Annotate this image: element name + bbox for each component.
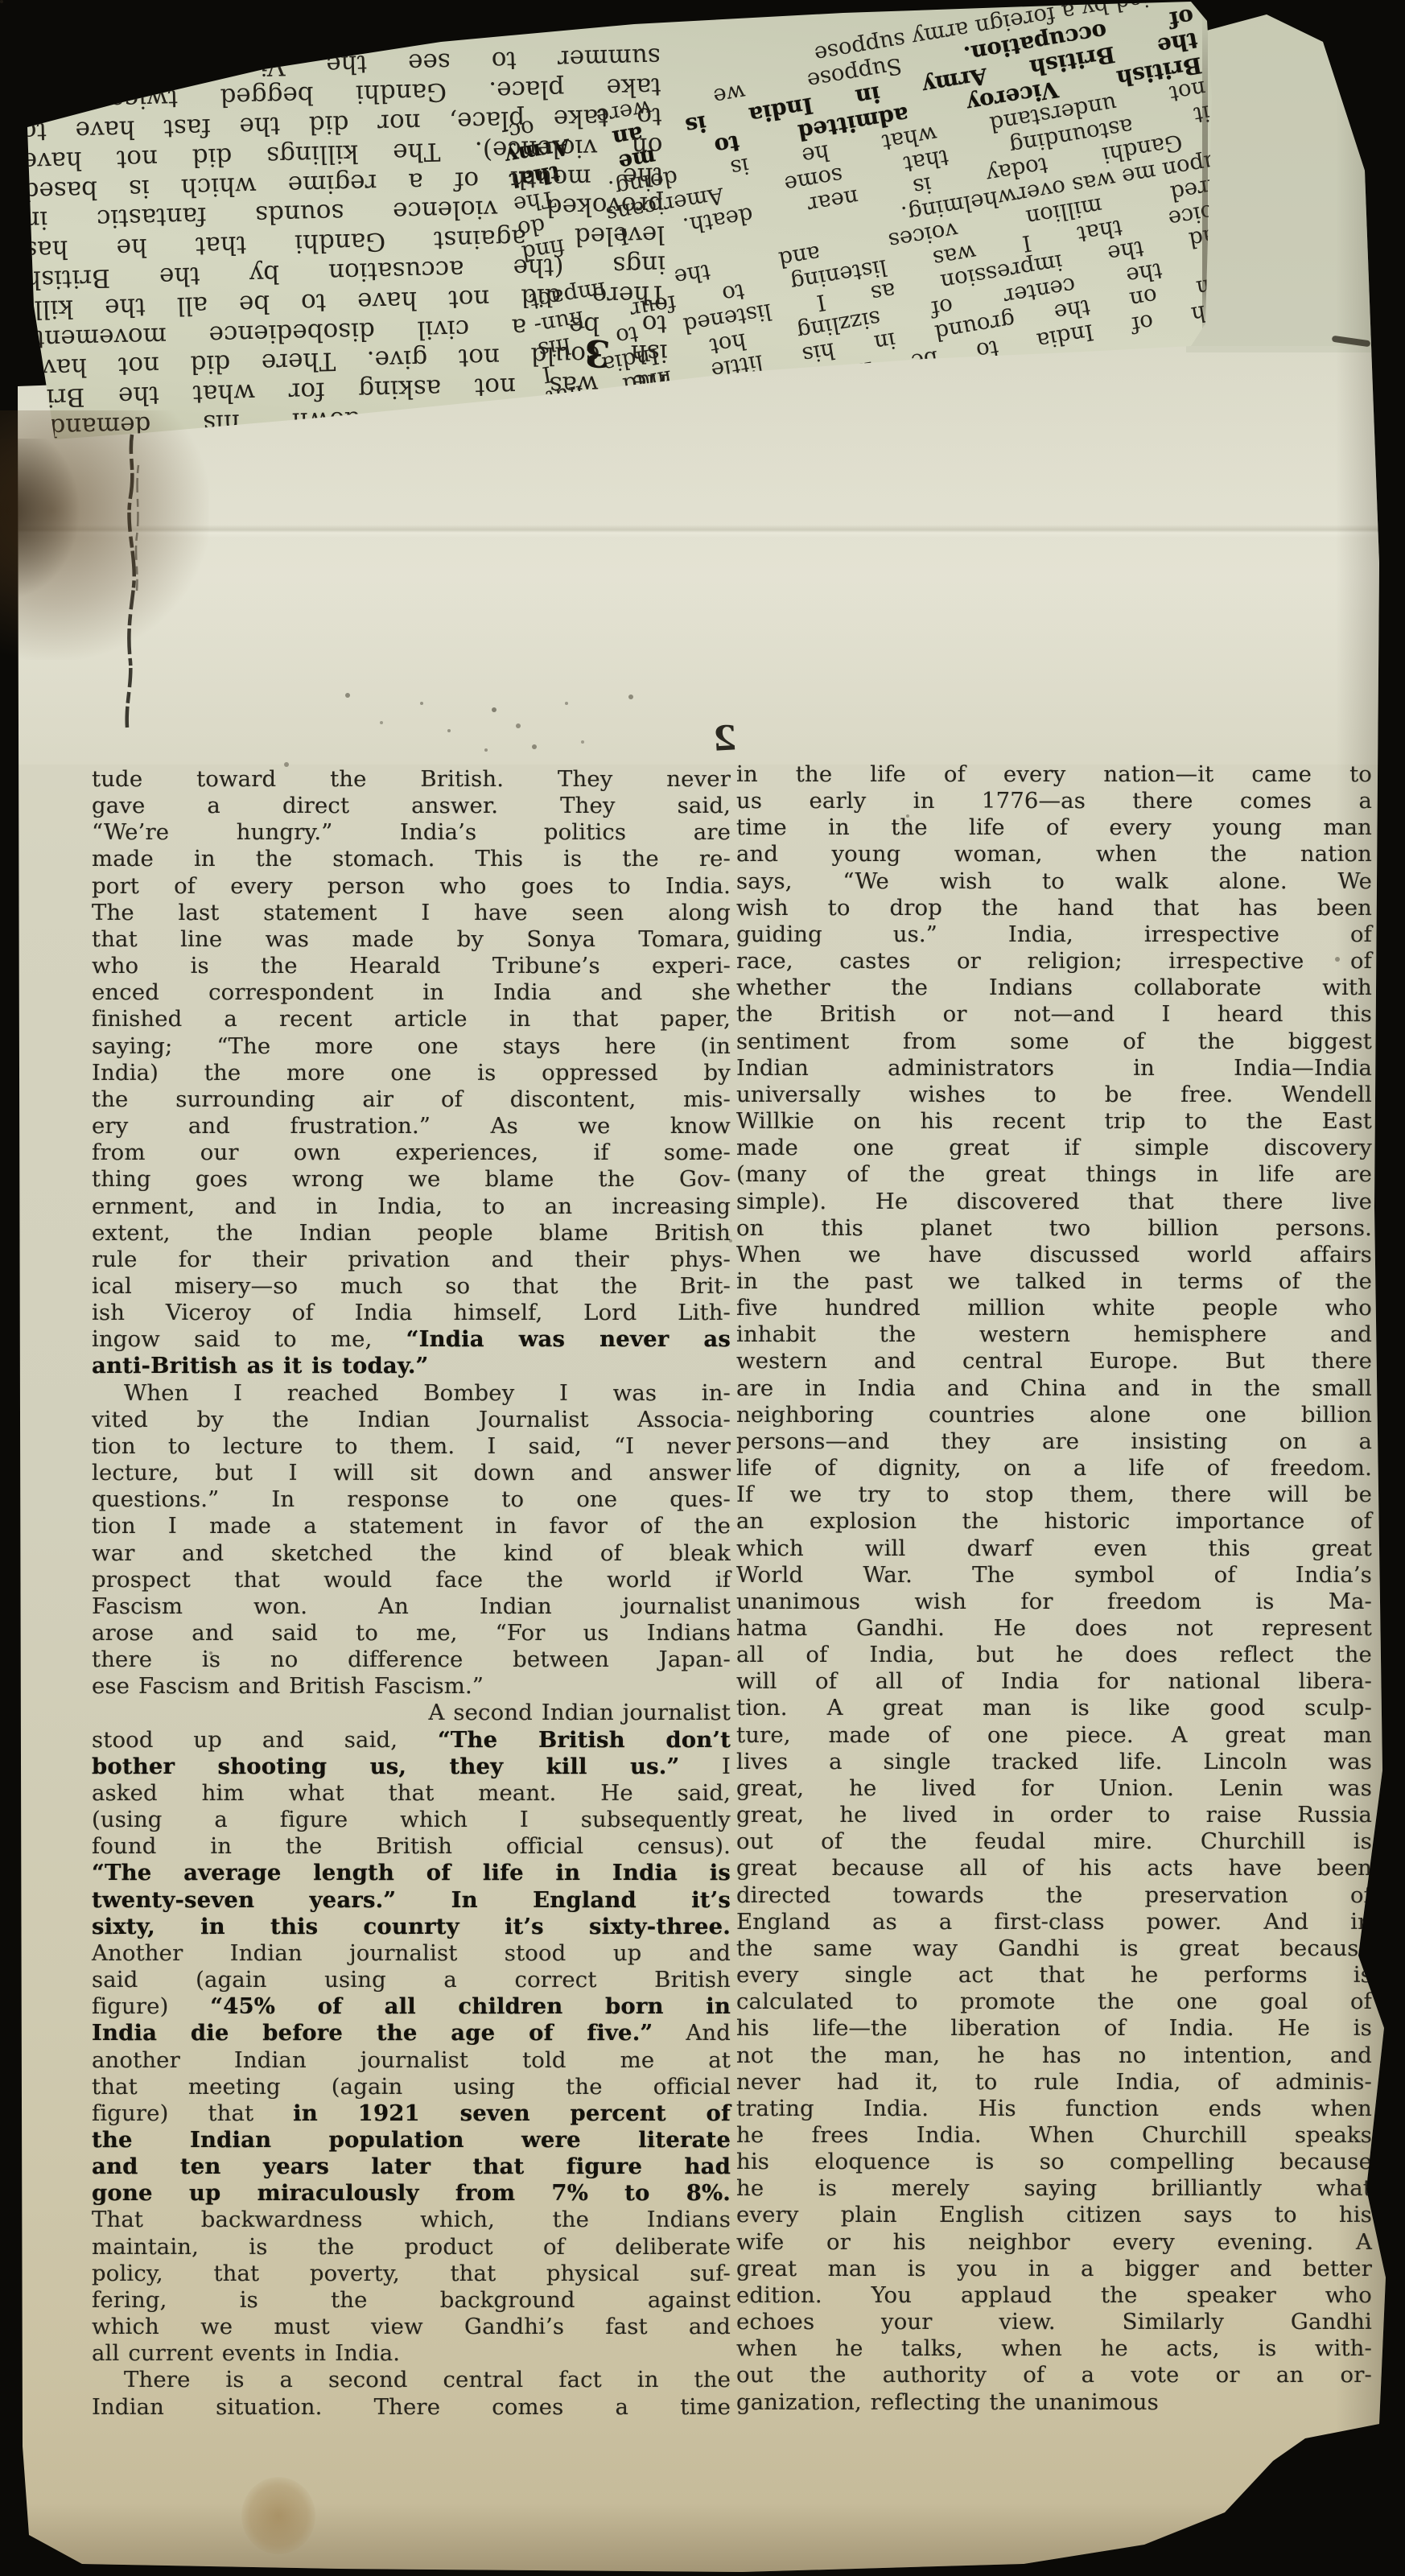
- text-line: tion. A great man is like good sculp-: [736, 1695, 1372, 1721]
- text-line: neighboring countries alone one billion: [736, 1402, 1372, 1428]
- text-line: persons—and they are insisting on a: [736, 1428, 1372, 1455]
- text-line: India) the more one is oppressed by: [92, 1060, 731, 1086]
- text-line: Another Indian journalist stood up and: [92, 1940, 731, 1967]
- text-line: great man is you in a bigger and better: [736, 2256, 1372, 2282]
- text-line: every plain English citizen says to his: [736, 2202, 1372, 2228]
- stain: [0, 439, 80, 600]
- text-line: maintain, is the product of deliberate: [92, 2234, 731, 2261]
- text-line: There is a second central fact in the: [92, 2367, 731, 2393]
- text-line: saying; “The more one stays here (in: [92, 1033, 731, 1060]
- text-line: western and central Europe. But there: [736, 1348, 1372, 1375]
- text-line: asked him what that meant. He said,: [92, 1780, 731, 1807]
- text-line: sentiment from some of the biggest: [736, 1028, 1372, 1055]
- text-line: there is no difference between Japan-: [92, 1647, 731, 1673]
- text-line: and young woman, when the nation: [736, 841, 1372, 868]
- text-line: guiding us.” India, irrespective of: [736, 921, 1372, 948]
- text-line: Indian administrators in India—India: [736, 1055, 1372, 1082]
- text-line: That backwardness which, the Indians: [92, 2207, 731, 2233]
- text-line: all of India, but he does reflect the: [736, 1642, 1372, 1668]
- text-line: directed towards the preservation of: [736, 1882, 1372, 1909]
- main-column-right: in the life of every nation—it came tous…: [736, 761, 1372, 2416]
- text-line: When we have discussed world affairs: [736, 1242, 1372, 1268]
- text-line: great, he lived for Union. Lenin was: [736, 1775, 1372, 1802]
- text-line: A second Indian journalist: [92, 1700, 731, 1726]
- stain: [241, 2477, 315, 2554]
- text-line: who is the Hearald Tribune’s experi-: [92, 953, 731, 979]
- text-line: tion I made a statement in favor of the: [92, 1513, 731, 1539]
- text-line: ernment, and in India, to an increasing: [92, 1193, 731, 1220]
- main-column-left: tude toward the British. They nevergave …: [92, 766, 731, 2421]
- text-line: fering, is the background against: [92, 2287, 731, 2314]
- text-line: another Indian journalist told me at: [92, 2047, 731, 2074]
- text-line: when he talks, when he acts, is with-: [736, 2335, 1372, 2362]
- text-line: gone up miraculously from 7% to 8%.: [92, 2180, 731, 2207]
- text-line: tion to lecture to them. I said, “I neve…: [92, 1433, 731, 1460]
- paper-specks: [0, 0, 3, 3]
- text-line: England as a first-class power. And in: [736, 1909, 1372, 1935]
- text-line: he frees India. When Churchill speaks: [736, 2122, 1372, 2149]
- text-line: which we must view Gandhi’s fast and: [92, 2314, 731, 2340]
- text-line: great because all of his acts have been: [736, 1855, 1372, 1882]
- text-line: not the man, he has no intention, and: [736, 2042, 1372, 2069]
- text-line: ganization, reflecting the unanimous: [736, 2389, 1372, 2416]
- folded-page-number: 3: [583, 331, 612, 376]
- text-line: port of every person who goes to India.: [92, 873, 731, 900]
- text-line: the Indian population were literate: [92, 2127, 731, 2154]
- text-line: wish to drop the hand that has been: [736, 895, 1372, 921]
- text-line: hatma Gandhi. He does not represent: [736, 1615, 1372, 1642]
- text-line: “The average length of life in India is: [92, 1860, 731, 1886]
- text-line: out of the feudal mire. Churchill is: [736, 1828, 1372, 1855]
- text-line: ture, made of one piece. A great man: [736, 1722, 1372, 1749]
- text-line: Willkie on his recent trip to the East: [736, 1108, 1372, 1135]
- text-line: every single act that he performs is: [736, 1962, 1372, 1989]
- text-line: universally wishes to be free. Wendell: [736, 1082, 1372, 1108]
- text-line: says, “We wish to walk alone. We: [736, 868, 1372, 895]
- text-line: unanimous wish for freedom is Ma-: [736, 1589, 1372, 1615]
- text-line: in the life of every nation—it came to: [736, 761, 1372, 788]
- text-line: bother shooting us, they kill us.” I: [92, 1754, 731, 1780]
- text-line: ery and frustration.” As we know: [92, 1113, 731, 1140]
- text-line: that meeting (again using the official: [92, 2074, 731, 2100]
- text-line: made in the stomach. This is the re-: [92, 846, 731, 872]
- text-line: prospect that would face the world if: [92, 1567, 731, 1593]
- text-line: the same way Gandhi is great because: [736, 1935, 1372, 1962]
- text-line: figure) that in 1921 seven percent of: [92, 2100, 731, 2127]
- text-line: calculated to promote the one goal of: [736, 1989, 1372, 2015]
- text-line: on this planet two billion persons.: [736, 1215, 1372, 1242]
- page-number: 2: [712, 718, 738, 758]
- text-line: The last statement I have seen along: [92, 900, 731, 926]
- text-line: are in India and China and in the small: [736, 1375, 1372, 1402]
- text-line: whether the Indians collaborate with: [736, 975, 1372, 1001]
- text-line: finished a recent article in that paper,: [92, 1006, 731, 1032]
- text-line: ingow said to me, “India was never as: [92, 1326, 731, 1353]
- text-line: ish Viceroy of India himself, Lord Lith-: [92, 1300, 731, 1326]
- text-line: that line was made by Sonya Tomara,: [92, 926, 731, 953]
- text-line: inhabit the western hemisphere and: [736, 1321, 1372, 1348]
- text-line: thing goes wrong we blame the Gov-: [92, 1166, 731, 1193]
- text-line: race, castes or religion; irrespective o…: [736, 948, 1372, 975]
- text-line: all current events in India.: [92, 2340, 731, 2367]
- text-line: “We’re hungry.” India’s politics are: [92, 819, 731, 846]
- text-line: Indian situation. There comes a time: [92, 2394, 731, 2421]
- text-line: sixty, in this counrty it’s sixty-three.: [92, 1914, 731, 1940]
- page-edge-shadow-bottom: [18, 2504, 1392, 2576]
- text-line: his life—the liberation of India. He is: [736, 2015, 1372, 2042]
- text-line: the surrounding air of discontent, mis-: [92, 1086, 731, 1113]
- text-line: life of dignity, on a life of freedom.: [736, 1455, 1372, 1482]
- text-line: an explosion the historic importance of: [736, 1508, 1372, 1535]
- text-line: made one great if simple discovery: [736, 1135, 1372, 1161]
- text-line: which will dwarf even this great: [736, 1535, 1372, 1562]
- text-line: never had it, to rule India, of adminis-: [736, 2069, 1372, 2096]
- text-line: tude toward the British. They never: [92, 766, 731, 793]
- text-line: ese Fascism and British Fascism.”: [92, 1673, 731, 1700]
- text-line: When I reached Bombey I was in-: [92, 1380, 731, 1407]
- text-line: wife or his neighbor every evening. A: [736, 2229, 1372, 2256]
- text-line: and ten years later that figure had: [92, 2154, 731, 2180]
- text-line: lives a single tracked life. Lincoln was: [736, 1749, 1372, 1775]
- text-line: (using a figure which I subsequently: [92, 1807, 731, 1833]
- text-line: said (again using a correct British: [92, 1967, 731, 1993]
- text-line: found in the British official census).: [92, 1833, 731, 1860]
- text-line: he is merely saying brilliantly what: [736, 2175, 1372, 2202]
- text-line: arose and said to me, “For us Indians: [92, 1620, 731, 1647]
- text-line: If we try to stop them, there will be: [736, 1482, 1372, 1508]
- text-line: gave a direct answer. They said,: [92, 793, 731, 819]
- text-line: India die before the age of five.” And: [92, 2020, 731, 2046]
- folded-column-right: publicly whittled down his demands.He wa…: [19, 23, 670, 442]
- text-line: great, he lived in order to raise Russia: [736, 1802, 1372, 1828]
- text-line: vited by the Indian Journalist Associa-: [92, 1407, 731, 1433]
- text-line: twenty-seven years.” In England it’s: [92, 1887, 731, 1914]
- text-line: in the past we talked in terms of the: [736, 1268, 1372, 1295]
- text-line: questions.” In response to one ques-: [92, 1486, 731, 1513]
- text-line: trating India. His function ends when: [736, 2096, 1372, 2122]
- text-line: five hundred million white people who: [736, 1295, 1372, 1321]
- text-line: time in the life of every young man: [736, 814, 1372, 841]
- text-line: Fascism won. An Indian journalist: [92, 1593, 731, 1620]
- text-line: war and sketched the kind of bleak: [92, 1540, 731, 1567]
- text-line: his eloquence is so compelling because: [736, 2149, 1372, 2175]
- text-line: ical misery—so much so that the Brit-: [92, 1273, 731, 1300]
- text-line: lecture, but I will sit down and answer: [92, 1460, 731, 1486]
- paper-crack-mark: [93, 433, 166, 731]
- text-line: World War. The symbol of India’s: [736, 1562, 1372, 1589]
- text-line: from our own experiences, if some-: [92, 1140, 731, 1166]
- text-line: the British or not—and I heard this: [736, 1001, 1372, 1028]
- text-line: (many of the great things in life are: [736, 1161, 1372, 1188]
- text-line: will of all of India for national libera…: [736, 1668, 1372, 1695]
- text-line: extent, the Indian people blame British: [92, 1220, 731, 1247]
- text-line: us early in 1776—as there comes a: [736, 788, 1372, 814]
- text-line: out the authority of a vote or an or-: [736, 2362, 1372, 2388]
- text-line: simple). He discovered that there live: [736, 1189, 1372, 1215]
- text-line: rule for their privation and their phys-: [92, 1247, 731, 1273]
- fold-crease: [18, 525, 1392, 538]
- photograph-of-pamphlet: { "document": { "kind": "scanned pamphle…: [0, 0, 1405, 2576]
- text-line: echoes your view. Similarly Gandhi: [736, 2309, 1372, 2335]
- text-line: anti-British as it is today.”: [92, 1353, 731, 1379]
- text-line: enced correspondent in India and she: [92, 979, 731, 1006]
- text-line: figure) “45% of all children born in: [92, 1993, 731, 2020]
- text-line: policy, that poverty, that physical suf-: [92, 2261, 731, 2287]
- text-line: edition. You applaud the speaker who: [736, 2282, 1372, 2309]
- text-line: stood up and said, “The British don’t: [92, 1727, 731, 1754]
